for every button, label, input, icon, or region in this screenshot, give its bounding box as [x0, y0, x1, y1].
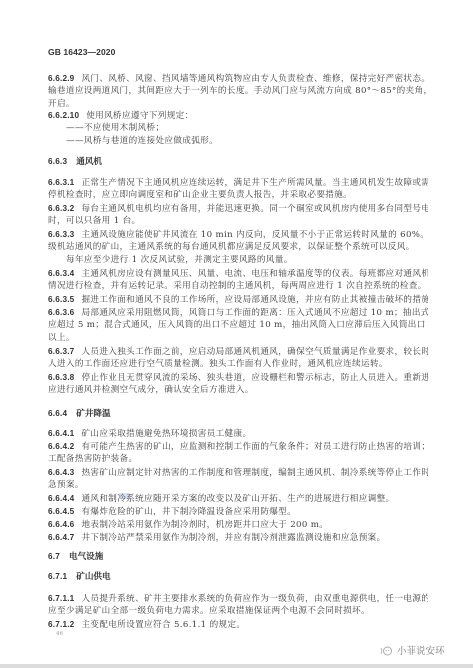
clause-text: 地表制冷站采用氨作为制冷剂时，机房距井口应大于 200 m。	[81, 520, 328, 530]
clause-number: 6.6.3.3	[48, 230, 74, 239]
wechat-channel-icon	[380, 645, 393, 656]
clause-6-6-3-3-line-1: 6.6.3.3主通风设施应能使矿井风流在 10 min 内反向，反风量不小于正常…	[48, 228, 428, 242]
clause-6-6-2-10: 6.6.2.10使用风桥应遵守下列规定：	[48, 109, 428, 123]
standard-code-header: GB 16423—2020	[48, 47, 115, 57]
clause-number: 6.6.4.5	[48, 507, 74, 516]
clause-number: 6.6.3.8	[48, 373, 74, 382]
clause-6-6-3-1-line-2: 停机检查时，应立即向调度室和矿山企业主要负责人报告，并采取必要措施。	[48, 189, 428, 202]
clause-text: 正常生产情况下主通风机应连续运转，满足井下生产所需风量。当主通风机发生故障或需要	[81, 178, 428, 188]
section-heading-6-7-1: 6.7.1矿山供电	[48, 570, 111, 582]
clause-6-6-3-8-line-1: 6.6.3.8停止作业且无贯穿风流的采场、独头巷道，应设栅栏和警示标志，防止人员…	[48, 371, 428, 385]
clause-6-6-4-3-line-1: 6.6.4.3热害矿山应制定针对热害的工作制度和管理制度，编制主通风机、制冷系统…	[48, 466, 428, 480]
clause-6-6-4-2-line-2: 工配备热害防护装备。	[48, 453, 428, 466]
clause-number: 6.7.1.1	[48, 594, 74, 603]
clause-6-6-3-7-line-2: 人进入的工作面还应进行空气质量检测。独头工作面有人作业时，通风机应连续运转。	[48, 358, 428, 371]
clause-number: 6.6.4.2	[48, 442, 74, 451]
clause-number: 6.6.4.6	[48, 520, 74, 529]
clause-text: 掘进工作面和通风不良的工作场所，应设局部通风设施，并应有防止其被撞击破坏的措施。	[81, 295, 428, 305]
clause-number: 6.6.3.5	[48, 295, 74, 304]
clause-6-6-2-9-line-2: 输巷道应设两道风门，其间距应大于一列车的长度。手动风门应与风流方向成 80°～8…	[48, 85, 428, 98]
clause-6-6-4-2-line-1: 6.6.4.2有可能产生热害的矿山，应监测和控制工作面的气象条件；对员工进行防止…	[48, 440, 428, 454]
clause-6-6-3-6-line-3: 以上。	[48, 332, 428, 345]
clause-number: 6.6.4.4	[48, 494, 74, 503]
watermark-text: 小菲说安环	[397, 643, 445, 657]
section-title: 矿山供电	[76, 571, 110, 581]
clause-text: 井下制冷站严禁采用氨作为制冷剂，并应有制冷剂泄露监测设施和应急预案。	[81, 533, 385, 543]
clause-number: 6.6.3.6	[48, 308, 74, 317]
section-heading-6-6-3: 6.6.3通风机	[48, 155, 102, 167]
section-number: 6.7	[48, 552, 60, 561]
clause-number: 6.6.4.1	[48, 429, 74, 438]
clause-6-6-3-4-line-1: 6.6.3.4主通风机房应设有测量风压、风量、电流、电压和轴承温度等的仪表。每班…	[48, 267, 428, 281]
clause-6-6-3-6-line-2: 应超过 5 m；混合式通风，压入风筒的出口不应超过 10 m，抽出风筒入口应滞后…	[48, 319, 428, 332]
clause-number: 6.6.3.2	[48, 204, 74, 213]
document-page: GB 16423—2020 6.6.2.9风门、风桥、风窗、挡风墙等通风构筑物应…	[0, 0, 473, 664]
clause-6-6-4-6: 6.6.4.6地表制冷站采用氨作为制冷剂时，机房距井口应大于 200 m。	[48, 518, 428, 532]
dash-item-2: ——风桥与巷道的连接处应做成弧形。	[66, 135, 446, 148]
section-title: 矿井降温	[76, 408, 110, 418]
clause-text: 使用风桥应遵守下列规定：	[86, 111, 193, 121]
clause-number: 6.6.2.9	[48, 74, 74, 83]
clause-6-6-3-2-line-1: 6.6.3.2每台主通风机电机均应有备用，并能迅速更换。同一个硐室或风机房内使用…	[48, 202, 428, 216]
page-number: 46	[56, 631, 63, 637]
section-number: 6.7.1	[48, 572, 67, 581]
clause-text: 有可能产生热害的矿山，应监测和控制工作面的气象条件；对员工进行防止热害的培训；为…	[81, 442, 428, 452]
clause-6-6-4-5: 6.6.4.5有爆炸危险的矿山，井下制冷降温设备应采用防爆型。	[48, 505, 428, 519]
clause-number: 6.6.3.1	[48, 178, 74, 187]
clause-number: 6.6.3.4	[48, 269, 74, 278]
clause-6-6-4-3-line-2: 急预案。	[48, 479, 428, 492]
clause-6-7-1-1-line-2: 应至少满足矿山全部一级负荷电力需求。应采取措施保证两个电源不会同时损坏。	[48, 605, 428, 618]
clause-6-6-3-5: 6.6.3.5掘进工作面和通风不良的工作场所，应设局部通风设施，并应有防止其被撞…	[48, 293, 428, 307]
clause-text: 每台主通风机电机均应有备用，并能迅速更换。同一个硐室或风机房内使用多台同型号电机	[81, 204, 428, 214]
clause-text: 人员进入独头工作面之前，应启动局部通风机通风，确保空气质量满足作业要求，较长时间…	[81, 347, 428, 357]
clause-number: 6.7.1.2	[48, 620, 74, 629]
clause-text: 有爆炸危险的矿山，井下制冷降温设备应采用防爆型。	[81, 507, 296, 517]
clause-6-6-3-4-line-2: 情况进行检查，并有运转记录。采用自动控制的主通风机，每两周应进行 1 次自控系统…	[48, 280, 428, 293]
clause-text: 主通风设施应能使矿井风流在 10 min 内反向，反风量不小于正常运转时风量的 …	[81, 230, 428, 240]
clause-6-6-4-7: 6.6.4.7井下制冷站严禁采用氨作为制冷剂，并应有制冷剂泄露监测设施和应急预案…	[48, 531, 428, 545]
section-title: 电气设施	[69, 551, 103, 561]
clause-6-6-3-2-line-2: 时，可以只备用 1 台。	[48, 215, 428, 228]
clause-6-6-3-1-line-1: 6.6.3.1正常生产情况下主通风机应连续运转，满足井下生产所需风量。当主通风机…	[48, 176, 428, 190]
clause-text: 热害矿山应制定针对热害的工作制度和管理制度，编制主通风机、制冷系统等停止工作时的…	[81, 468, 428, 478]
section-title: 通风机	[76, 156, 102, 166]
clause-text: 主通风机房应设有测量风压、风量、电流、电压和轴承温度等的仪表。每班都应对通风机运…	[81, 269, 428, 279]
clause-text: 局部通风应采用阻燃风筒，风筒口与工作面的距离：压入式通风不应超过 10 m；抽出…	[81, 308, 428, 318]
clause-number: 6.6.3.7	[48, 347, 74, 356]
clause-number: 6.6.4.3	[48, 468, 74, 477]
clause-6-6-3-3-line-2: 级机站通风的矿山，主通风系统的每台通风机都应满足反风要求，以保证整个系统可以反风…	[48, 241, 428, 254]
clause-6-6-4-1: 6.6.4.1矿山应采取措施避免热环境损害员工健康。	[48, 427, 428, 441]
clause-6-6-3-3-line-3: 每年应至少进行 1 次反风试验，并测定主要风路的风量。	[66, 254, 446, 267]
clause-6-6-3-6-line-1: 6.6.3.6局部通风应采用阻燃风筒，风筒口与工作面的距离：压入式通风不应超过 …	[48, 306, 428, 320]
clause-number: 6.6.2.10	[48, 111, 79, 120]
clause-6-6-4-4: 6.6.4.4通风和制冷系统应随开采方案的改变以及矿山开拓、生产的进展进行相应调…	[48, 492, 428, 506]
section-number: 6.6.3	[48, 157, 67, 166]
watermark: 小菲说安环	[380, 643, 445, 657]
clause-6-6-2-9-line-1: 6.6.2.9风门、风桥、风窗、挡风墙等通风构筑物应由专人负责检查、维修，保持完…	[48, 72, 428, 86]
clause-6-7-1-1-line-1: 6.7.1.1人员提升系统、矿井主要排水系统的负荷应作为一级负荷，由双重电源供电…	[48, 592, 428, 606]
clause-text: 风门、风桥、风窗、挡风墙等通风构筑物应由专人负责检查、维修，保持完好严密状态。主…	[81, 74, 428, 84]
clause-6-6-3-7-line-1: 6.6.3.7人员进入独头工作面之前，应启动局部通风机通风，确保空气质量满足作业…	[48, 345, 428, 359]
clause-text: 人员提升系统、矿井主要排水系统的负荷应作为一级负荷，由双重电源供电，任一电源的容…	[81, 594, 428, 604]
dash-item-1: ——不应使用木制风桥；	[66, 122, 446, 135]
section-heading-6-6-4: 6.6.4矿井降温	[48, 407, 111, 419]
section-number: 6.6.4	[48, 409, 67, 418]
bottom-divider	[0, 664, 473, 668]
clause-text: 停止作业且无贯穿风流的采场、独头巷道，应设栅栏和警示标志，防止人员进入。重新进入…	[81, 373, 428, 383]
clause-text: 矿山应采取措施避免热环境损害员工健康。	[81, 429, 251, 439]
clause-text: 主变配电所设置应符合 5.6.1.1 的规定。	[81, 620, 245, 630]
section-heading-6-7: 6.7电气设施	[48, 550, 103, 562]
clause-number: 6.6.4.7	[48, 533, 74, 542]
clause-6-6-3-8-line-2: 应进行通风并检测空气成分，确认安全后方准进入。	[48, 384, 428, 397]
clause-text: 通风和制冷系统应随开采方案的改变以及矿山开拓、生产的进展进行相应调整。	[81, 494, 394, 504]
clause-6-7-1-2: 6.7.1.2主变配电所设置应符合 5.6.1.1 的规定。	[48, 618, 428, 632]
